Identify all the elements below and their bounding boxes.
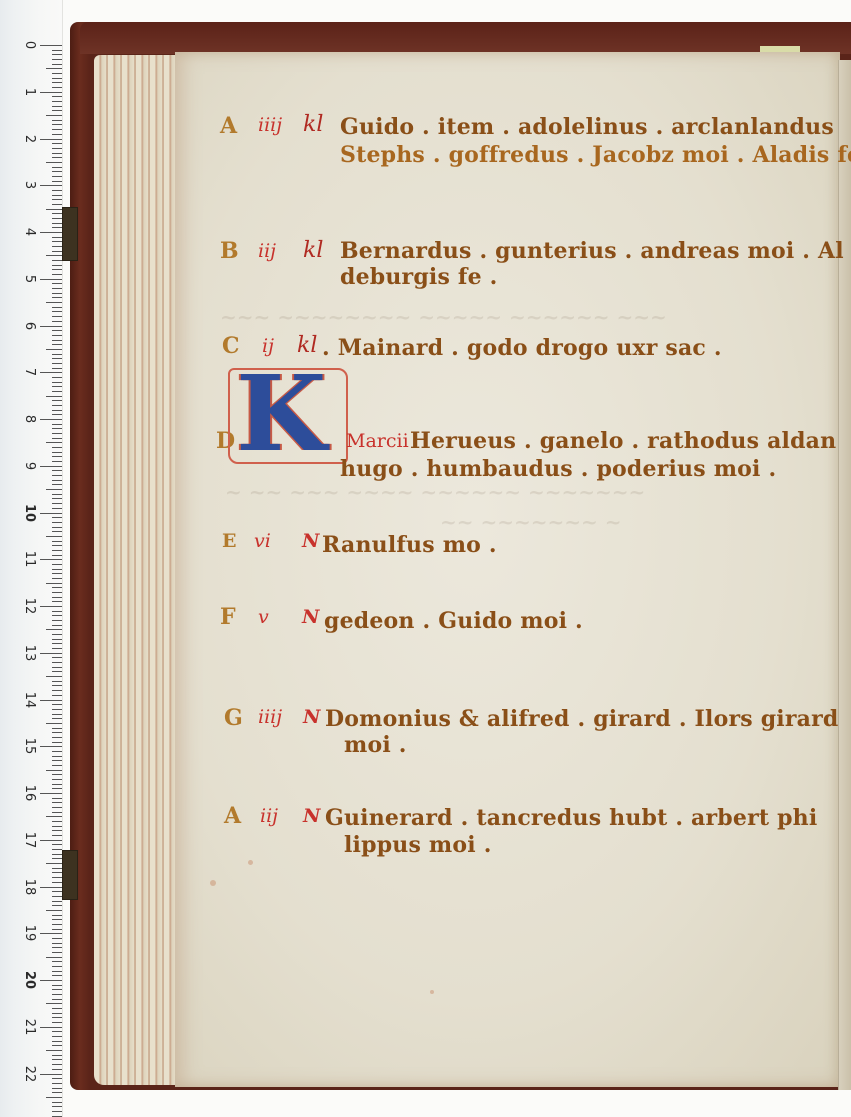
ruler-tick bbox=[52, 737, 62, 738]
ruler-tick bbox=[52, 470, 62, 471]
ruler-tick bbox=[52, 798, 62, 799]
ruler-tick bbox=[52, 330, 62, 331]
ruler-tick bbox=[52, 592, 62, 593]
ruler-tick bbox=[52, 868, 62, 869]
entry-line: Domonius & alifred . girard . Ilors gira… bbox=[325, 706, 838, 732]
ruler-tick bbox=[52, 340, 62, 341]
ruler-tick bbox=[40, 45, 62, 46]
illuminated-initial: K bbox=[222, 362, 352, 466]
ruler-tick bbox=[52, 830, 62, 831]
ruler-tick bbox=[52, 311, 62, 312]
ruler-tick bbox=[52, 424, 62, 425]
ruler-tick bbox=[46, 255, 62, 256]
ruler-tick bbox=[52, 1088, 62, 1089]
ruler-tick bbox=[52, 134, 62, 135]
ruler-label: 17 bbox=[22, 829, 36, 851]
ruler-tick bbox=[40, 980, 62, 981]
ruler-tick bbox=[52, 195, 62, 196]
ruler-tick bbox=[52, 363, 62, 364]
entry-line: gedeon . Guido moi . bbox=[324, 608, 583, 634]
entry-line: Stephs . goffredus . Jacobz moi . Aladis… bbox=[340, 142, 851, 168]
stain-spot bbox=[210, 880, 216, 886]
ruler-tick bbox=[52, 1102, 62, 1103]
ruler-tick bbox=[40, 372, 62, 373]
ruler-tick bbox=[52, 293, 62, 294]
ruler-tick bbox=[52, 241, 62, 242]
entry-line: hugo . humbaudus . poderius moi . bbox=[340, 456, 776, 482]
ruler-tick bbox=[46, 629, 62, 630]
ruler-tick bbox=[52, 966, 62, 967]
page-edges bbox=[94, 55, 180, 1085]
ruler-tick bbox=[52, 382, 62, 383]
ruler-tick bbox=[52, 223, 62, 224]
ruler-tick bbox=[52, 545, 62, 546]
ruler-label: 0 bbox=[22, 34, 36, 56]
ruler-tick bbox=[46, 302, 62, 303]
ruler-tick bbox=[52, 774, 62, 775]
ruler-tick bbox=[40, 700, 62, 701]
ruler-label: 7 bbox=[22, 361, 36, 383]
ruler-tick bbox=[52, 1064, 62, 1065]
ruler-tick bbox=[52, 1106, 62, 1107]
ruler-tick bbox=[52, 872, 62, 873]
ruler-tick bbox=[52, 882, 62, 883]
ruler-tick bbox=[40, 1074, 62, 1075]
entry-line: Ranulfus mo . bbox=[322, 532, 497, 558]
ruler-label: 18 bbox=[22, 876, 36, 898]
ruler-tick bbox=[52, 227, 62, 228]
dominical-letter: E bbox=[222, 530, 236, 552]
ruler-tick bbox=[52, 728, 62, 729]
ruler-tick bbox=[52, 64, 62, 65]
ruler-tick bbox=[52, 952, 62, 953]
ruler-tick bbox=[46, 536, 62, 537]
ruler-tick bbox=[52, 961, 62, 962]
ruler-tick bbox=[52, 204, 62, 205]
ruler-tick bbox=[52, 87, 62, 88]
day-number: iiij bbox=[258, 706, 282, 728]
ruler-tick bbox=[40, 559, 62, 560]
entry-line: lippus moi . bbox=[344, 832, 492, 858]
ruler-tick bbox=[52, 615, 62, 616]
ruler-tick bbox=[52, 751, 62, 752]
clasp-bottom bbox=[62, 850, 78, 900]
ruler-tick bbox=[52, 550, 62, 551]
ruler-tick bbox=[46, 349, 62, 350]
ruler-tick bbox=[52, 849, 62, 850]
ruler-tick bbox=[40, 419, 62, 420]
ruler-tick bbox=[52, 681, 62, 682]
measuring-ruler: 012345678910111213141516171819202122 bbox=[0, 0, 63, 1117]
ruler-tick bbox=[52, 821, 62, 822]
ruler-tick bbox=[46, 863, 62, 864]
ruler-tick bbox=[40, 793, 62, 794]
ruler-tick bbox=[52, 915, 62, 916]
ruler-tick bbox=[52, 50, 62, 51]
day-number: vi bbox=[254, 530, 271, 552]
ruler-tick bbox=[52, 377, 62, 378]
ruler-tick bbox=[52, 807, 62, 808]
ruler-tick bbox=[52, 344, 62, 345]
ruler-tick bbox=[52, 802, 62, 803]
ruler-tick bbox=[46, 910, 62, 911]
ruler-label: 6 bbox=[22, 315, 36, 337]
ruler-tick bbox=[52, 354, 62, 355]
dominical-letter: A bbox=[220, 113, 237, 139]
ruler-tick bbox=[52, 251, 62, 252]
ruler-tick bbox=[52, 1022, 62, 1023]
ruler-tick bbox=[52, 171, 62, 172]
ruler-tick bbox=[52, 788, 62, 789]
ruler-tick bbox=[52, 625, 62, 626]
ruler-tick bbox=[52, 1078, 62, 1079]
ruler-tick bbox=[52, 143, 62, 144]
ruler-tick bbox=[52, 167, 62, 168]
ruler-tick bbox=[52, 181, 62, 182]
ruler-tick bbox=[40, 653, 62, 654]
entry-line: Guinerard . tancredus hubt . arbert phi bbox=[325, 805, 817, 831]
ruler-tick bbox=[40, 185, 62, 186]
ruler-tick bbox=[52, 835, 62, 836]
ruler-tick bbox=[52, 569, 62, 570]
ruler-tick bbox=[52, 620, 62, 621]
ruler-tick bbox=[40, 466, 62, 467]
ruler-tick bbox=[52, 400, 62, 401]
ruler-tick bbox=[52, 905, 62, 906]
manuscript-page bbox=[175, 52, 840, 1087]
stain-spot bbox=[430, 990, 434, 994]
clasp-top bbox=[62, 207, 78, 261]
ruler-tick bbox=[52, 718, 62, 719]
ruler-tick bbox=[52, 316, 62, 317]
ruler-label: 5 bbox=[22, 268, 36, 290]
dominical-letter: B bbox=[220, 238, 239, 264]
ruler-tick bbox=[52, 657, 62, 658]
ruler-label: 9 bbox=[22, 455, 36, 477]
kalends-marker: kl bbox=[303, 238, 323, 263]
ruler-tick bbox=[52, 901, 62, 902]
entry-line: Herueus . ganelo . rathodus aldan bbox=[410, 428, 836, 454]
ruler-tick bbox=[52, 648, 62, 649]
ruler-label: 2 bbox=[22, 128, 36, 150]
ruler-tick bbox=[52, 742, 62, 743]
ruler-tick bbox=[52, 943, 62, 944]
ruler-tick bbox=[46, 957, 62, 958]
entry-line: Guido . item . adolelinus . arclanlandus bbox=[340, 114, 834, 140]
ruler-tick bbox=[46, 442, 62, 443]
ruler-tick bbox=[52, 368, 62, 369]
ruler-tick bbox=[46, 1050, 62, 1051]
ruler-tick bbox=[52, 989, 62, 990]
ruler-label: 1 bbox=[22, 81, 36, 103]
ruler-label: 11 bbox=[22, 548, 36, 570]
ruler-tick bbox=[52, 1055, 62, 1056]
ruler-tick bbox=[52, 386, 62, 387]
ruler-tick bbox=[52, 643, 62, 644]
ruler-tick bbox=[52, 237, 62, 238]
ruler-tick bbox=[40, 746, 62, 747]
ruler-label: 3 bbox=[22, 174, 36, 196]
ruler-tick bbox=[46, 816, 62, 817]
ruler-tick bbox=[52, 199, 62, 200]
ruler-tick bbox=[40, 279, 62, 280]
ruler-tick bbox=[52, 153, 62, 154]
bleed-through-text: ~~ ~~~~~~~ ~ bbox=[440, 510, 622, 534]
ruler-tick bbox=[52, 335, 62, 336]
ruler-tick bbox=[52, 218, 62, 219]
ruler-tick bbox=[52, 1045, 62, 1046]
ruler-tick bbox=[46, 162, 62, 163]
ruler-tick bbox=[52, 101, 62, 102]
ruler-tick bbox=[52, 578, 62, 579]
ruler-tick bbox=[52, 410, 62, 411]
ruler-tick bbox=[52, 947, 62, 948]
ruler-tick bbox=[52, 96, 62, 97]
ruler-tick bbox=[46, 1097, 62, 1098]
ruler-tick bbox=[52, 1083, 62, 1084]
day-number: iij bbox=[260, 805, 278, 827]
ruler-tick bbox=[40, 139, 62, 140]
ruler-tick bbox=[40, 933, 62, 934]
ruler-tick bbox=[52, 597, 62, 598]
ruler-tick bbox=[52, 176, 62, 177]
ruler-tick bbox=[52, 760, 62, 761]
ruler-tick bbox=[46, 723, 62, 724]
ruler-tick bbox=[46, 489, 62, 490]
ruler-tick bbox=[52, 120, 62, 121]
ruler-tick bbox=[52, 1008, 62, 1009]
ruler-tick bbox=[52, 854, 62, 855]
ruler-tick bbox=[52, 1059, 62, 1060]
ruler-tick bbox=[52, 517, 62, 518]
ruler-tick bbox=[52, 527, 62, 528]
kalends-marker: kl bbox=[303, 112, 323, 137]
ruler-label: 16 bbox=[22, 782, 36, 804]
stain-spot bbox=[248, 860, 253, 865]
ruler-tick bbox=[52, 634, 62, 635]
ruler-tick bbox=[52, 826, 62, 827]
ruler-tick bbox=[52, 985, 62, 986]
ruler-tick bbox=[52, 587, 62, 588]
ruler-tick bbox=[52, 1116, 62, 1117]
ruler-tick bbox=[52, 891, 62, 892]
ruler-tick bbox=[52, 1041, 62, 1042]
ruler-tick bbox=[52, 601, 62, 602]
ruler-tick bbox=[52, 877, 62, 878]
ruler-tick bbox=[52, 531, 62, 532]
entry-line: Bernardus . gunterius . andreas moi . Al bbox=[340, 238, 844, 264]
day-number: iiij bbox=[258, 114, 282, 136]
ruler-tick bbox=[52, 1036, 62, 1037]
ruler-tick bbox=[40, 232, 62, 233]
ruler-tick bbox=[52, 971, 62, 972]
nones-marker: N bbox=[303, 706, 320, 728]
ruler-tick bbox=[52, 1017, 62, 1018]
ruler-tick bbox=[52, 611, 62, 612]
ruler-label: 4 bbox=[22, 221, 36, 243]
ruler-tick bbox=[46, 770, 62, 771]
ruler-label: 15 bbox=[22, 735, 36, 757]
ruler-tick bbox=[52, 288, 62, 289]
ruler-tick bbox=[52, 667, 62, 668]
initial-letter: K bbox=[236, 362, 326, 466]
ruler-tick bbox=[52, 714, 62, 715]
ruler-tick bbox=[52, 484, 62, 485]
ruler-tick bbox=[46, 676, 62, 677]
ruler-tick bbox=[52, 124, 62, 125]
ruler-label: 19 bbox=[22, 922, 36, 944]
ruler-tick bbox=[52, 1031, 62, 1032]
ruler-tick bbox=[52, 148, 62, 149]
ruler-tick bbox=[52, 639, 62, 640]
ruler-tick bbox=[52, 438, 62, 439]
ruler-tick bbox=[52, 213, 62, 214]
ruler-tick bbox=[52, 1069, 62, 1070]
ruler-tick bbox=[52, 283, 62, 284]
ruler-tick bbox=[52, 461, 62, 462]
ruler-tick bbox=[52, 246, 62, 247]
day-number: iij bbox=[258, 240, 276, 262]
ruler-tick bbox=[52, 671, 62, 672]
ruler-tick bbox=[52, 498, 62, 499]
ruler-tick bbox=[52, 924, 62, 925]
month-marker: Marcii bbox=[346, 430, 409, 452]
ruler-tick bbox=[52, 494, 62, 495]
ruler-tick bbox=[46, 68, 62, 69]
dominical-letter: A bbox=[224, 803, 241, 829]
ruler-tick bbox=[40, 606, 62, 607]
ruler-tick bbox=[40, 326, 62, 327]
ruler-tick bbox=[52, 765, 62, 766]
ruler-tick bbox=[52, 452, 62, 453]
bleed-through-text: ~ ~~ ~~~ ~~~~ ~~~~~~ ~~~~~~~ bbox=[225, 480, 645, 504]
ruler-tick bbox=[52, 447, 62, 448]
ruler-tick bbox=[40, 92, 62, 93]
ruler-tick bbox=[46, 115, 62, 116]
ruler-tick bbox=[52, 756, 62, 757]
ruler-tick bbox=[52, 433, 62, 434]
ruler-tick bbox=[52, 695, 62, 696]
ruler-tick bbox=[46, 1003, 62, 1004]
ruler-tick bbox=[52, 779, 62, 780]
ruler-label: 14 bbox=[22, 689, 36, 711]
ruler-tick bbox=[52, 480, 62, 481]
ruler-label: 20 bbox=[22, 969, 36, 991]
nones-marker: N bbox=[303, 805, 320, 827]
ruler-tick bbox=[52, 844, 62, 845]
ruler-tick bbox=[52, 858, 62, 859]
ruler-tick bbox=[52, 307, 62, 308]
entry-line: moi . bbox=[344, 732, 407, 758]
ruler-tick bbox=[52, 54, 62, 55]
ruler-tick bbox=[52, 358, 62, 359]
entry-line: deburgis fe . bbox=[340, 264, 498, 290]
ruler-tick bbox=[46, 583, 62, 584]
ruler-tick bbox=[52, 690, 62, 691]
ruler-tick bbox=[40, 1027, 62, 1028]
ruler-tick bbox=[52, 73, 62, 74]
ruler-tick bbox=[52, 522, 62, 523]
ruler-tick bbox=[52, 999, 62, 1000]
ruler-tick bbox=[52, 896, 62, 897]
ruler-tick bbox=[52, 929, 62, 930]
ruler-tick bbox=[52, 704, 62, 705]
day-number: v bbox=[258, 606, 269, 628]
dominical-letter: F bbox=[220, 604, 236, 630]
ruler-tick bbox=[52, 564, 62, 565]
ruler-tick bbox=[52, 260, 62, 261]
ruler-tick bbox=[46, 209, 62, 210]
ruler-tick bbox=[52, 297, 62, 298]
ruler-tick bbox=[52, 503, 62, 504]
facing-page-edge bbox=[838, 60, 851, 1090]
ruler-tick bbox=[52, 475, 62, 476]
nones-marker: N bbox=[302, 606, 319, 628]
ruler-label: 12 bbox=[22, 595, 36, 617]
ruler-tick bbox=[52, 129, 62, 130]
ruler-tick bbox=[52, 82, 62, 83]
ruler-tick bbox=[52, 265, 62, 266]
ruler-tick bbox=[52, 784, 62, 785]
ruler-tick bbox=[52, 1111, 62, 1112]
ruler-tick bbox=[52, 391, 62, 392]
ruler-label: 10 bbox=[22, 502, 36, 524]
ruler-tick bbox=[52, 709, 62, 710]
entry-line: . Mainard . godo drogo uxr sac . bbox=[322, 335, 722, 361]
ruler-tick bbox=[52, 541, 62, 542]
dominical-letter: G bbox=[224, 705, 243, 731]
ruler-tick bbox=[46, 396, 62, 397]
ruler-tick bbox=[40, 840, 62, 841]
ruler-tick bbox=[52, 106, 62, 107]
ruler-tick bbox=[52, 994, 62, 995]
ruler-tick bbox=[52, 405, 62, 406]
ruler-tick bbox=[52, 573, 62, 574]
ruler-tick bbox=[52, 938, 62, 939]
ruler-tick bbox=[52, 555, 62, 556]
ruler-tick bbox=[52, 321, 62, 322]
ruler-tick bbox=[52, 190, 62, 191]
ruler-tick bbox=[52, 428, 62, 429]
ruler-tick bbox=[52, 78, 62, 79]
ruler-label: 21 bbox=[22, 1016, 36, 1038]
ruler-tick bbox=[52, 732, 62, 733]
ruler-tick bbox=[52, 1092, 62, 1093]
ruler-tick bbox=[52, 685, 62, 686]
ruler-tick bbox=[52, 59, 62, 60]
ruler-label: 13 bbox=[22, 642, 36, 664]
ruler-tick bbox=[52, 975, 62, 976]
ruler-tick bbox=[52, 508, 62, 509]
ruler-tick bbox=[52, 269, 62, 270]
bleed-through-text: ~~~ ~~~~~~~~ ~~~~~ ~~~~~~ ~~~ bbox=[220, 305, 667, 329]
ruler-label: 22 bbox=[22, 1063, 36, 1085]
ruler-tick bbox=[52, 274, 62, 275]
ruler-tick bbox=[40, 513, 62, 514]
ruler-tick bbox=[52, 414, 62, 415]
ruler-tick bbox=[52, 1013, 62, 1014]
ruler-tick bbox=[52, 157, 62, 158]
ruler-label: 8 bbox=[22, 408, 36, 430]
ruler-tick bbox=[52, 456, 62, 457]
nones-marker: N bbox=[302, 530, 319, 552]
ruler-tick bbox=[52, 919, 62, 920]
ruler-tick bbox=[52, 110, 62, 111]
ruler-tick bbox=[40, 887, 62, 888]
ruler-tick bbox=[52, 812, 62, 813]
book-cover-top bbox=[80, 22, 851, 54]
ruler-tick bbox=[52, 662, 62, 663]
